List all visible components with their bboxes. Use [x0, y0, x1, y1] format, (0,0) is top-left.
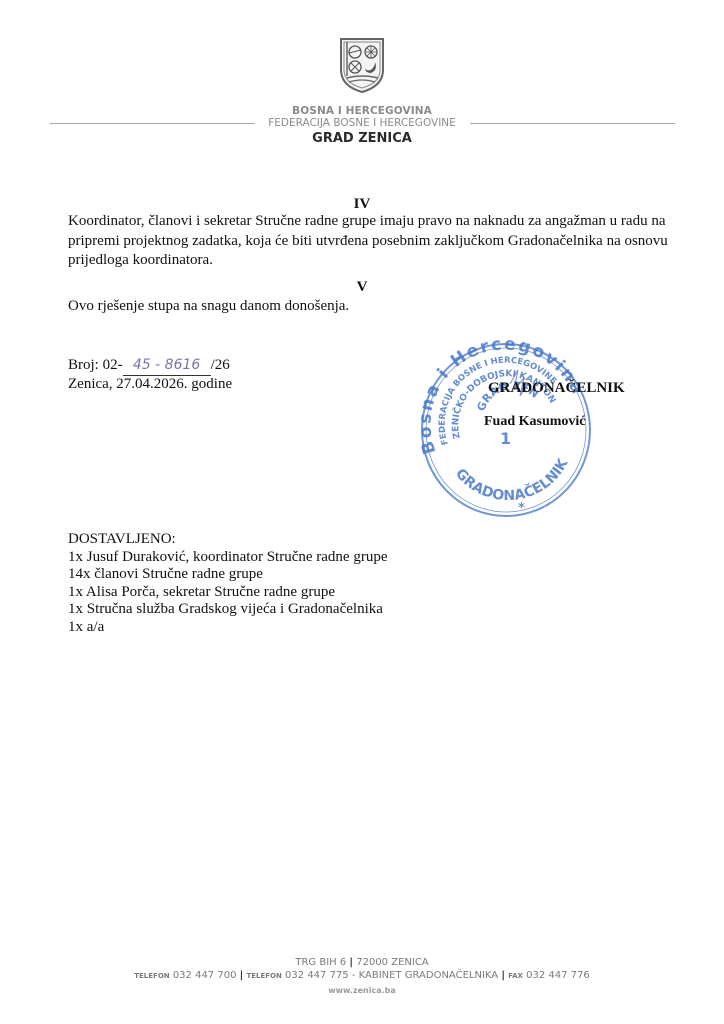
svg-text:GRADONAČELNIK: GRADONAČELNIK	[452, 455, 572, 504]
reference-suffix: /26	[211, 357, 230, 373]
footer-tel2: 032 447 775 - KABINET GRADONAČELNIKA	[285, 970, 498, 981]
stamp-star: *	[518, 501, 525, 516]
coat-of-arms-icon	[338, 36, 386, 94]
section-iv-text: Koordinator, članovi i sekretar Stručne …	[68, 212, 668, 271]
section-numeral-v: V	[0, 279, 724, 296]
section-numeral-iv: IV	[0, 196, 724, 213]
stamp-bottom-text: GRADONAČELNIK	[452, 455, 572, 504]
footer-contacts: TELEFON 032 447 700 | TELEFON 032 447 77…	[0, 970, 724, 981]
reference-prefix: Broj: 02-	[68, 357, 123, 373]
reference-date: Zenica, 27.04.2026. godine	[68, 375, 232, 394]
list-item: 14x članovi Stručne radne grupe	[68, 566, 388, 584]
reference-number: Broj: 02-45 - 8616/26	[68, 356, 230, 376]
list-item: 1x Alisa Porča, sekretar Stručne radne g…	[68, 584, 388, 602]
footer-fax: 032 447 776	[526, 970, 590, 981]
footer-street: TRG BIH 6	[295, 957, 346, 968]
footer-fax-label: FAX	[508, 972, 523, 980]
footer-tel1: 032 447 700	[173, 970, 237, 981]
list-item: 1x a/a	[68, 619, 388, 637]
header-rule-right	[470, 123, 675, 124]
footer-separator: |	[349, 957, 353, 968]
footer-address: TRG BIH 6 | 72000 ZENICA	[0, 957, 724, 968]
footer-tel1-label: TELEFON	[134, 972, 169, 980]
header-city: GRAD ZENICA	[0, 131, 724, 146]
reference-handwritten-field: 45 - 8616	[123, 356, 211, 376]
signatory-name: Fuad Kasumović	[484, 414, 586, 430]
stamp-center-number: 1	[500, 429, 511, 448]
list-item: 1x Jusuf Duraković, koordinator Stručne …	[68, 549, 388, 567]
footer-website[interactable]: www.zenica.ba	[0, 986, 724, 995]
section-v-text: Ovo rješenje stupa na snagu danom donoše…	[68, 297, 668, 317]
footer-postal: 72000 ZENICA	[356, 957, 428, 968]
signatory-title: GRADONAČELNIK	[488, 380, 625, 397]
footer-separator: |	[501, 970, 505, 981]
footer-tel2-label: TELEFON	[246, 972, 281, 980]
list-item: 1x Stručna služba Gradskog vijeća i Grad…	[68, 601, 388, 619]
distribution-heading: DOSTAVLJENO:	[68, 531, 388, 549]
reference-handwritten: 45 - 8616	[133, 357, 200, 373]
footer-separator: |	[240, 970, 244, 981]
header-country: BOSNA I HERCEGOVINA	[0, 105, 724, 117]
distribution-list: DOSTAVLJENO: 1x Jusuf Duraković, koordin…	[68, 531, 388, 637]
